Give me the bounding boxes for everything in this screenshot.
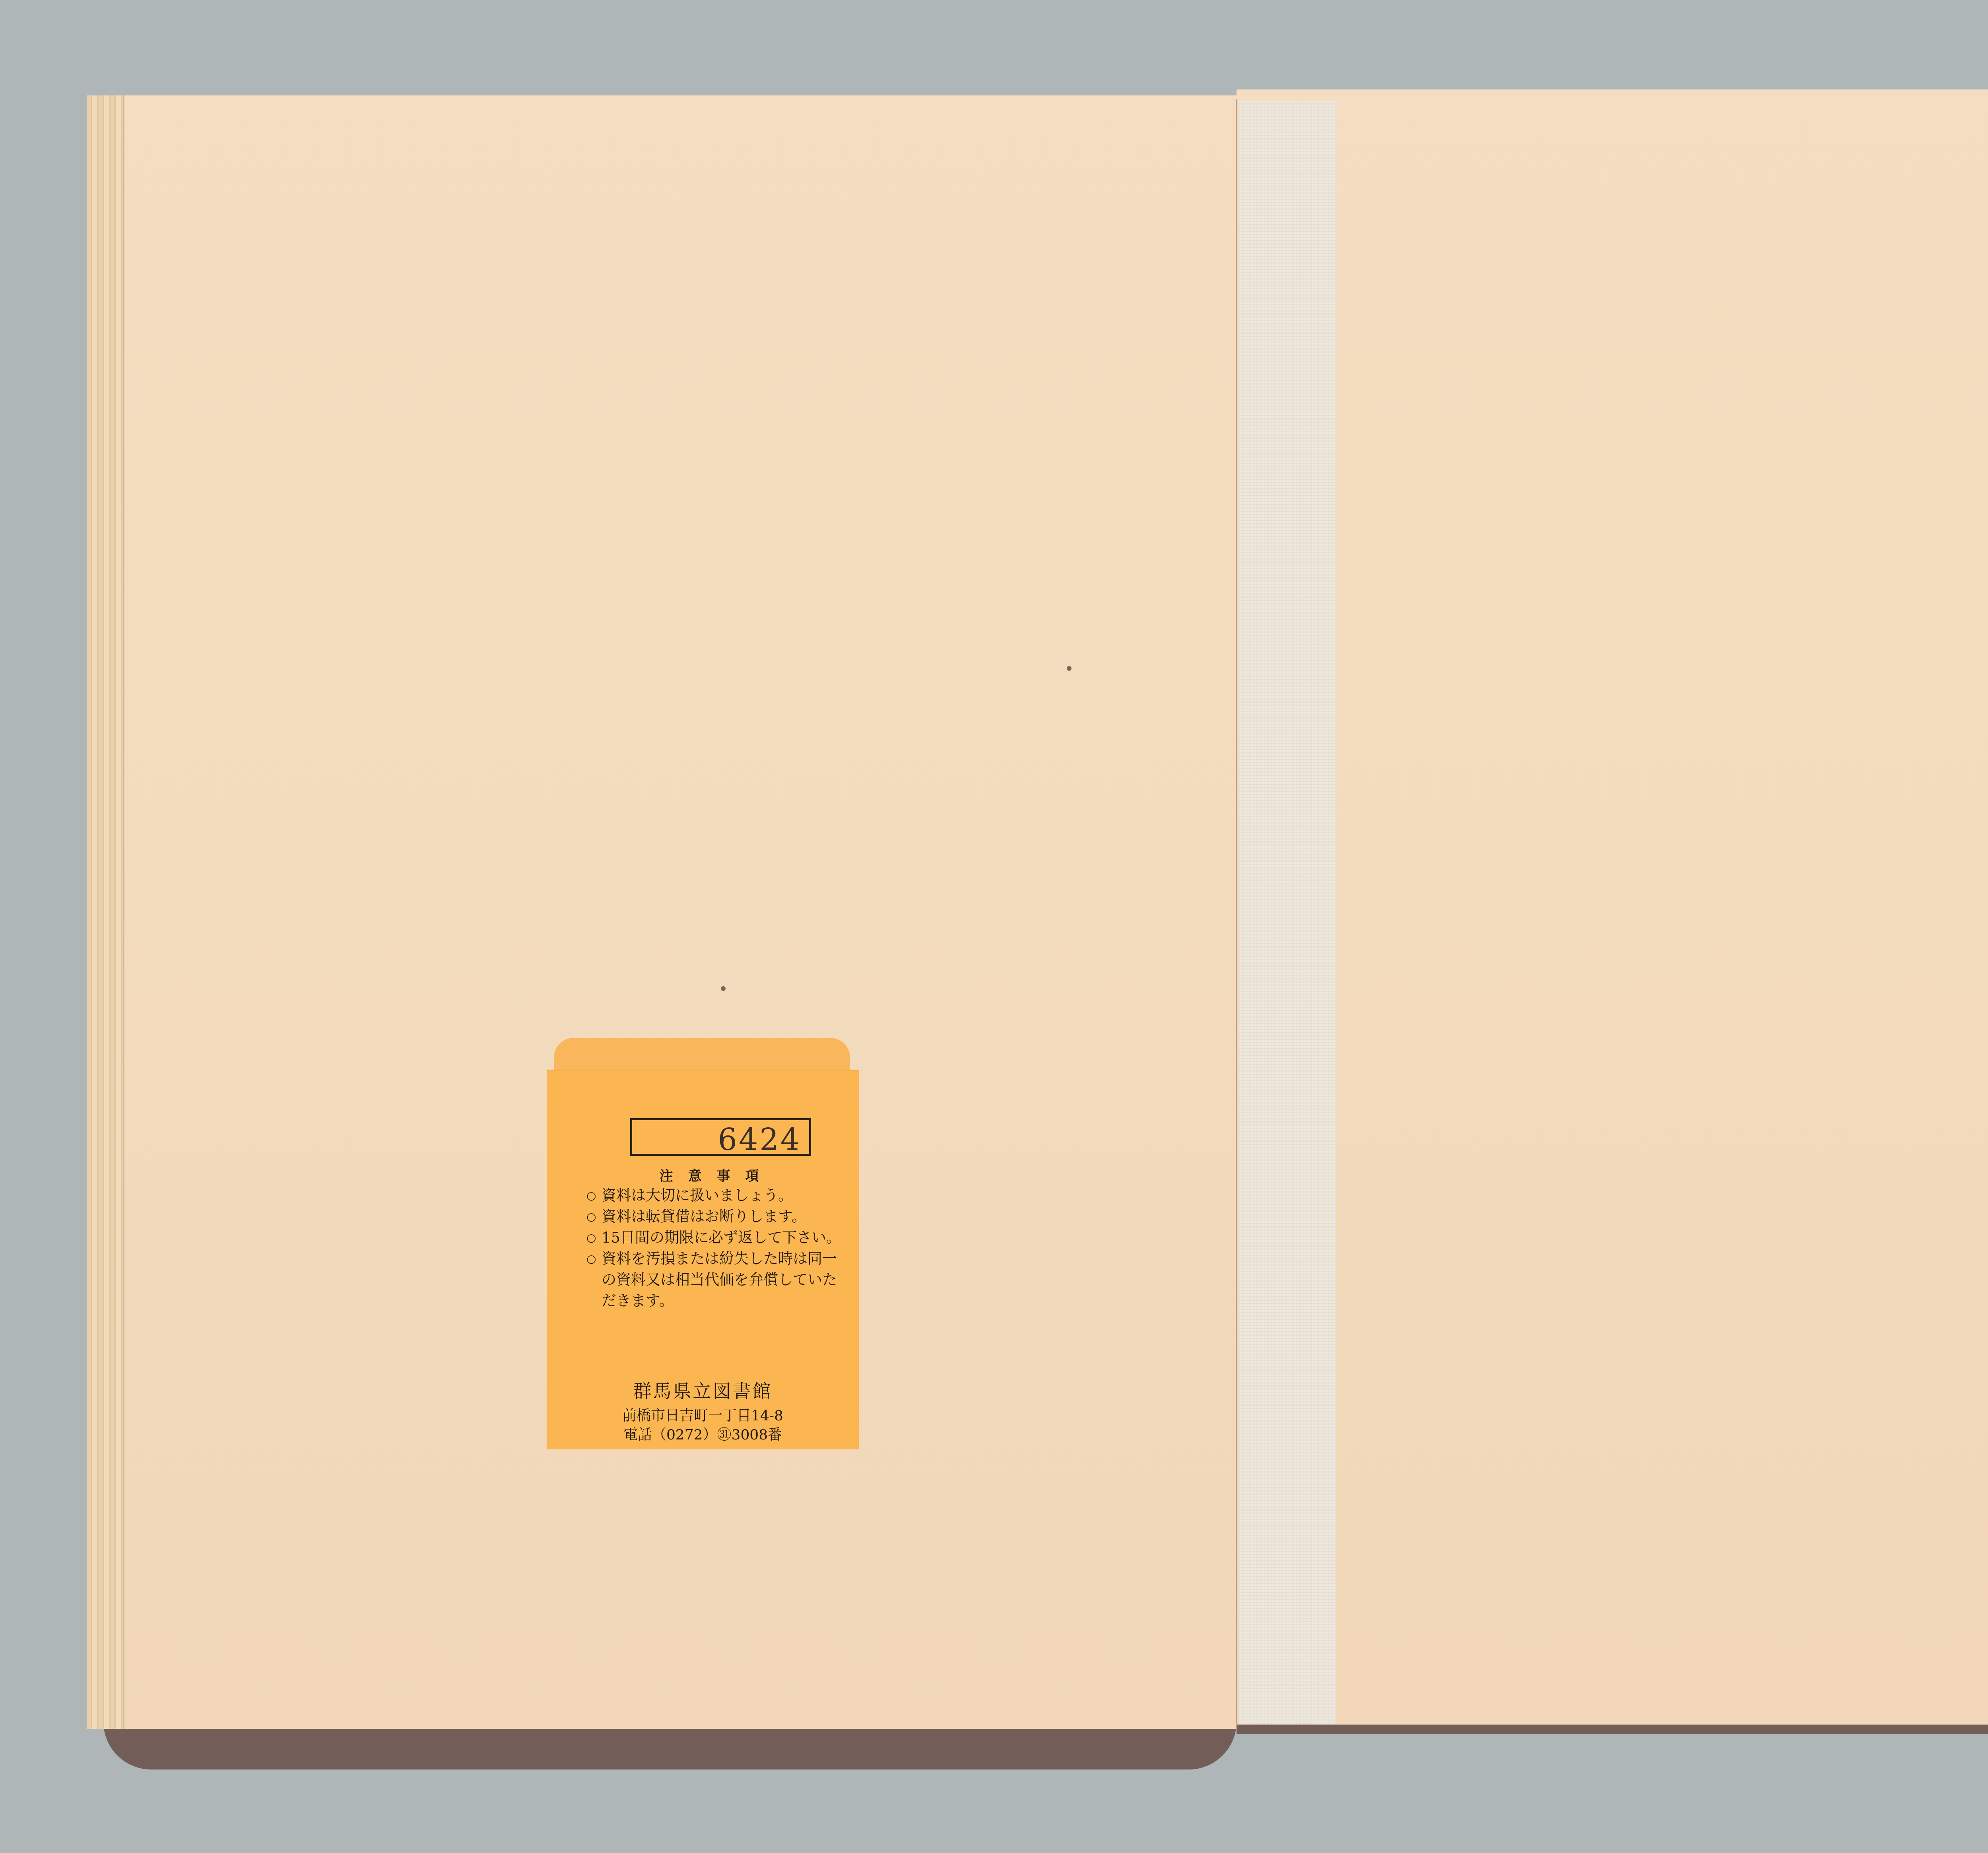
circle-bullet-icon: ○ (586, 1227, 602, 1248)
notice-title: 注意事項 (547, 1165, 859, 1185)
library-address: 前橋市日吉町一丁目14-8 (547, 1404, 859, 1425)
circle-bullet-icon: ○ (586, 1185, 602, 1206)
circle-bullet-icon: ○ (586, 1206, 602, 1227)
card-pocket-front: 6424 注意事項 ○ 資料は大切に扱いましょう。 ○ 資料は転貸借はお断りしま… (547, 1070, 859, 1449)
call-number: 6424 (718, 1122, 801, 1157)
notice-item: ○ 15日間の期限に必ず返して下さい。 (586, 1227, 849, 1248)
notice-text: 資料は転貸借はお断りします。 (602, 1206, 849, 1227)
call-number-box: 6424 (630, 1118, 811, 1156)
library-card-pocket[interactable]: 6424 注意事項 ○ 資料は大切に扱いましょう。 ○ 資料は転貸借はお断りしま… (547, 1038, 859, 1449)
paper-speck (721, 986, 726, 991)
library-name: 群馬県立図書館 (547, 1377, 859, 1403)
notice-text: 15日間の期限に必ず返して下さい。 (602, 1227, 849, 1248)
book-gutter (1236, 99, 1237, 1730)
notice-text: 資料を汚損または紛失した時は同一の資料又は相当代価を弁償していただきます。 (602, 1248, 849, 1311)
notice-text: 資料は大切に扱いましょう。 (602, 1185, 849, 1206)
notice-item: ○ 資料は転貸借はお断りします。 (586, 1206, 849, 1227)
notice-item: ○ 資料を汚損または紛失した時は同一の資料又は相当代価を弁償していただきます。 (586, 1248, 849, 1311)
notice-item: ○ 資料は大切に扱いましょう。 (586, 1185, 849, 1206)
page-block-edges (87, 95, 124, 1729)
cloth-binding-tape (1239, 101, 1336, 1724)
right-endpaper (1237, 89, 1988, 1725)
notice-list: ○ 資料は大切に扱いましょう。 ○ 資料は転貸借はお断りします。 ○ 15日間の… (586, 1185, 849, 1311)
circle-bullet-icon: ○ (586, 1248, 602, 1311)
left-endpaper (87, 95, 1237, 1729)
paper-speck (1067, 666, 1072, 671)
library-phone: 電話（0272）㉛3008番 (547, 1424, 859, 1444)
